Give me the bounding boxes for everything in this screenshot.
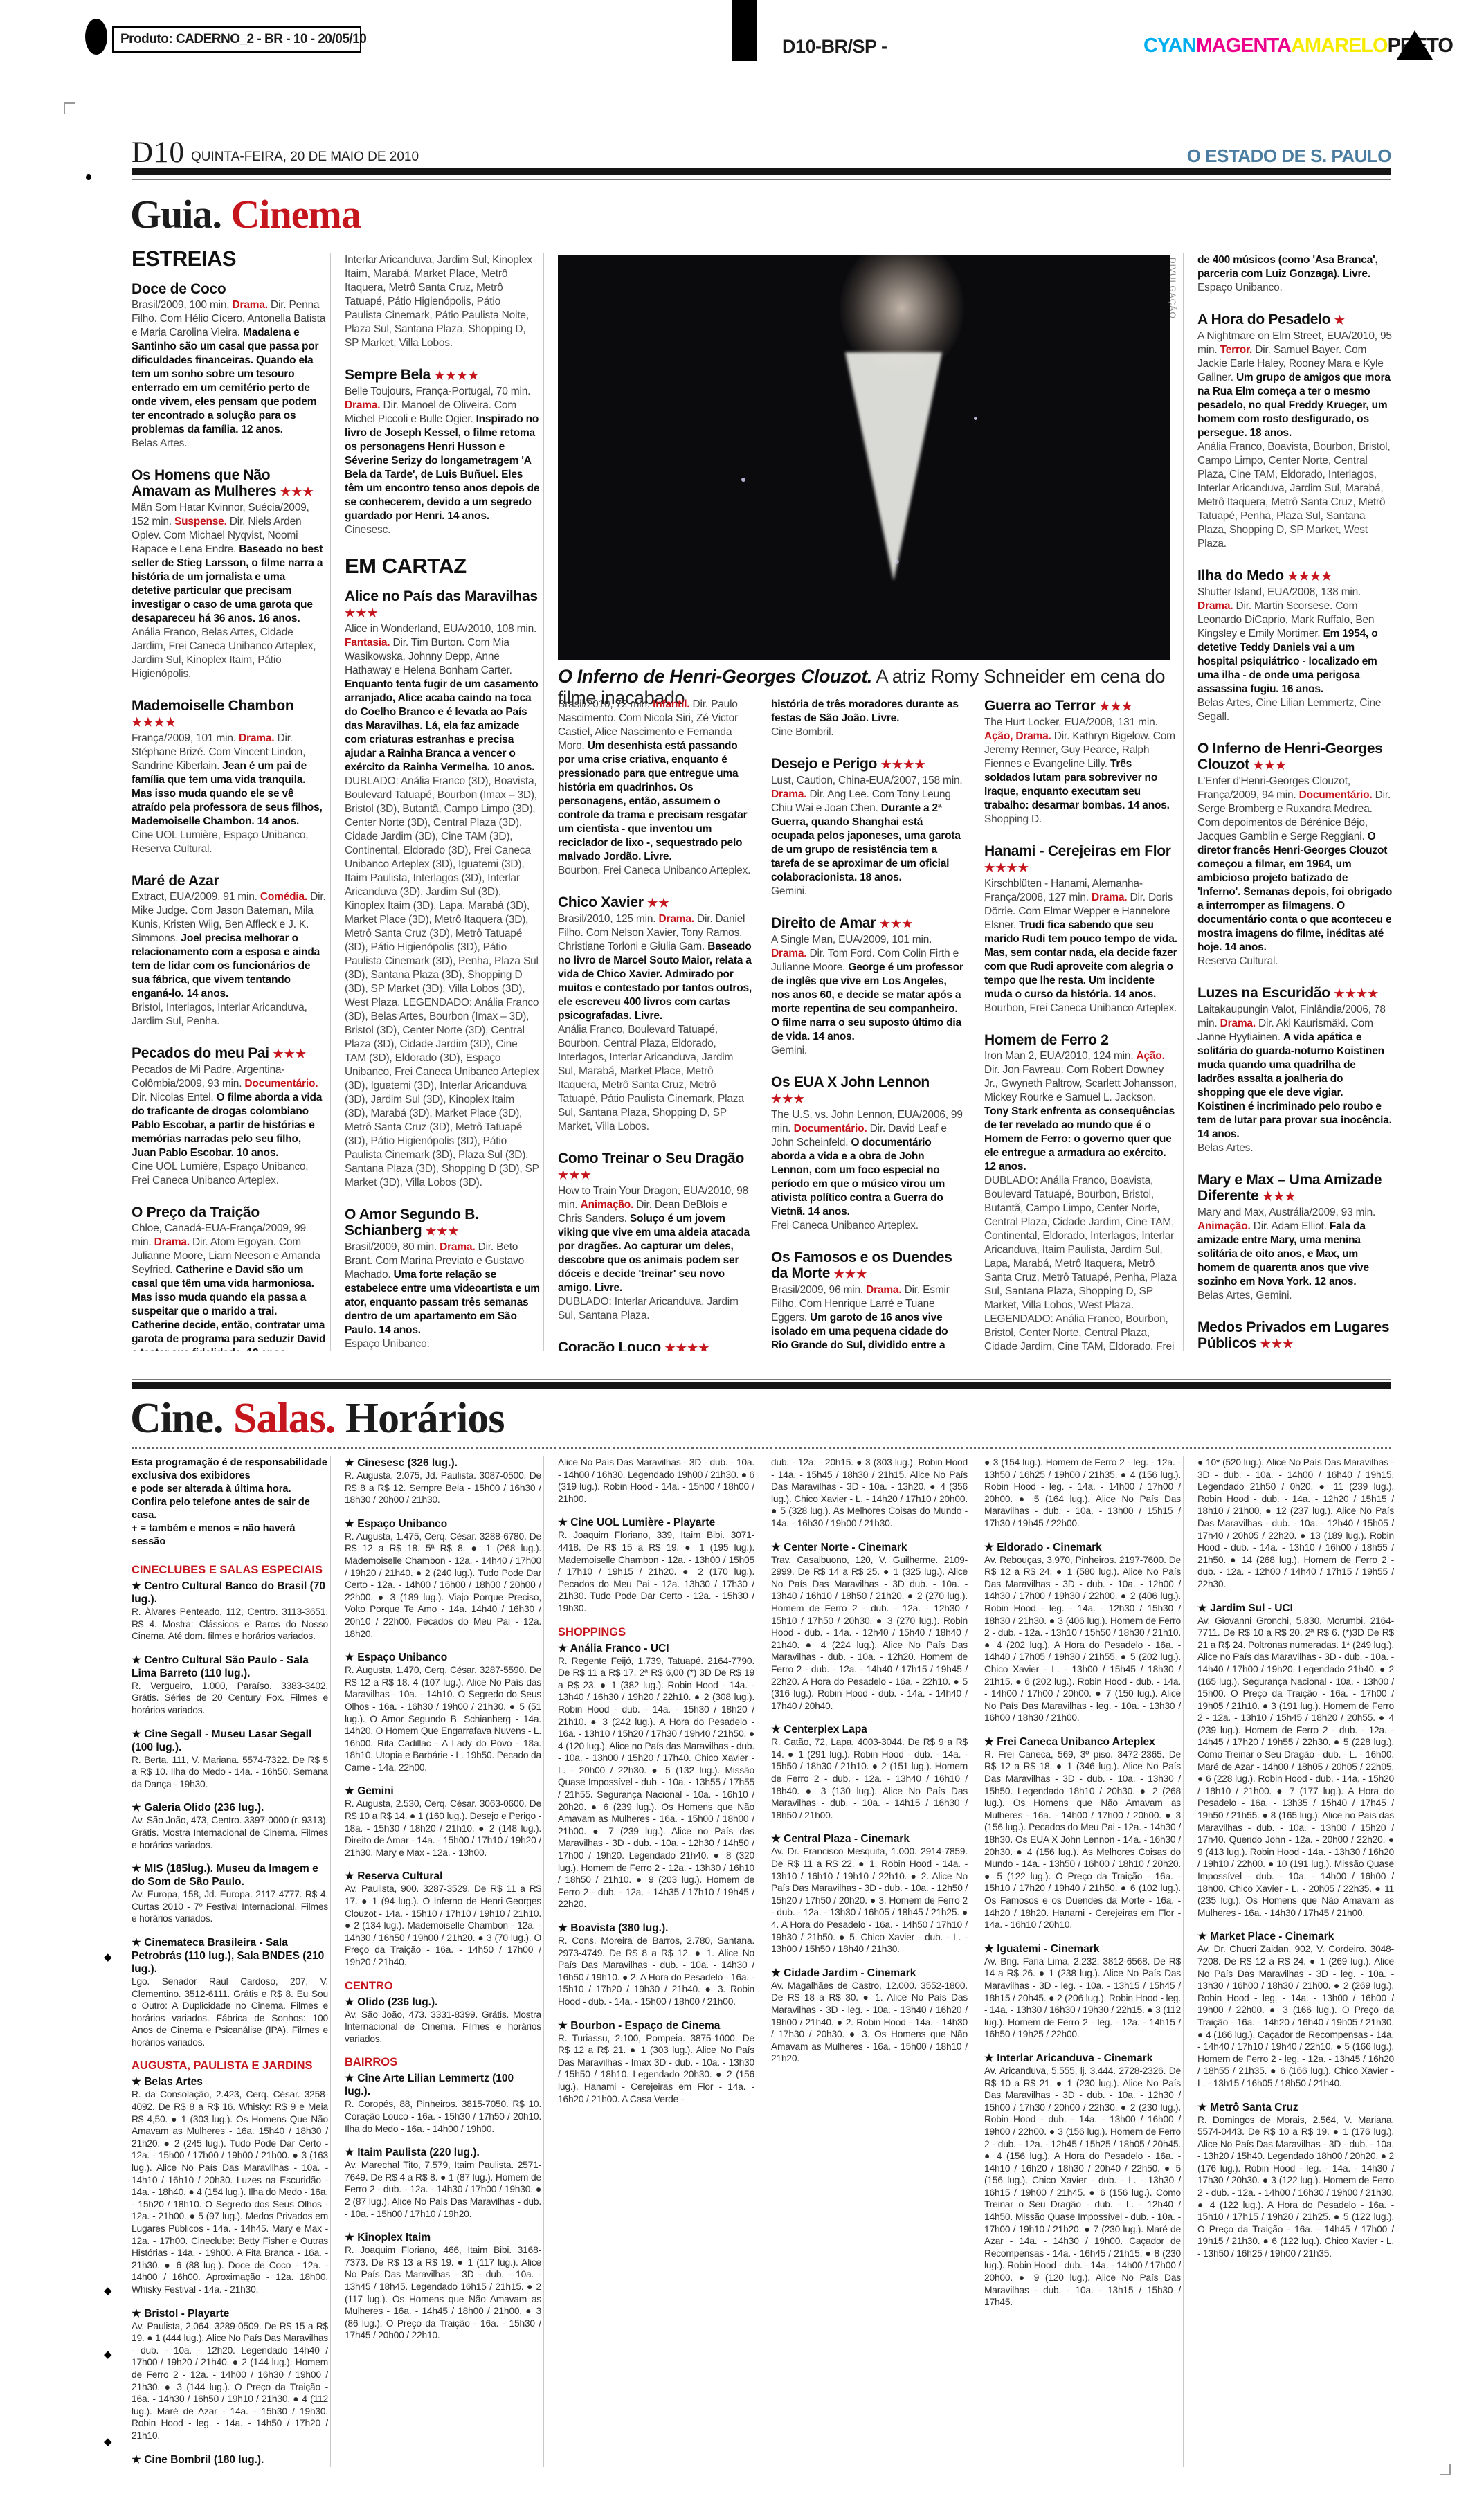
film-stars: ★★★ (280, 485, 314, 498)
cinema-entry: ★ Frei Caneca Unibanco ArteplexR. Frei C… (984, 1735, 1181, 1931)
cinema-sessions: R. Catão, 72, Lapa. 4003-3044. De R$ 9 a… (771, 1736, 968, 1821)
cinema-entry: ★ Cine Arte Lilian Lemmertz (100 lug.).R… (345, 2072, 541, 2135)
cinema-sessions: R. Berta, 111, V. Mariana. 5574-7322. De… (132, 1754, 328, 1791)
photo-caption-title: O Inferno de Henri-Georges Clouzot. (558, 666, 872, 687)
film-meta: França/2009, 101 min. (132, 732, 239, 744)
film-stars: ★ (1334, 314, 1346, 327)
film-text: The Hurt Locker, EUA/2008, 131 min. Ação… (984, 716, 1179, 813)
film-genre: Drama. (239, 732, 274, 744)
film-title: Homem de Ferro 2 (984, 1032, 1179, 1048)
cinema-entry: ★ Jardim Sul - UCIAv. Giovanni Gronchi, … (1197, 1602, 1394, 1920)
cinema-name: ★ Cinemateca Brasileira - Sala Petrobrás… (132, 1936, 328, 1976)
film-entry: Maré de AzarExtract, EUA/2009, 91 min. C… (132, 873, 327, 1029)
column-rule (330, 253, 331, 1351)
film-title: Os Famosos e os Duendes da Morte ★★★ (771, 1249, 966, 1282)
listings-column-3: Alice No País Das Maravilhas - 3D - dub.… (558, 1456, 754, 2467)
film-venues: Anália Franco, Boavista, Bourbon, Bristo… (1197, 440, 1393, 551)
film-venues: DUBLADO: Anália Franco, Boavista, Boulev… (984, 1174, 1179, 1351)
film-text: A Single Man, EUA/2009, 101 min. Drama. … (771, 933, 966, 1044)
cinema-sessions: Av. Paulista, 2.064. 3289-0509. De R$ 15… (132, 2320, 328, 2442)
cinema-entry: ★ Metrô Santa CruzR. Domingos de Morais,… (1197, 2101, 1394, 2260)
cinema-sessions: Av. Europa, 158, Jd. Europa. 2117-4777. … (132, 1888, 328, 1925)
edition-date: QUINTA-FEIRA, 20 DE MAIO DE 2010 (191, 150, 419, 165)
film-stars: ★★★ (1253, 759, 1287, 772)
film-entry: Brasil/2010, 72 min. Infantil. Dir. Paul… (558, 698, 753, 878)
cinema-name: ★ Centro Cultural São Paulo - Sala Lima … (132, 1654, 328, 1680)
film-stars: ★★★ (1263, 1190, 1296, 1203)
film-genre: Drama. (233, 299, 268, 311)
film-stars: ★★★ (426, 1225, 460, 1238)
cinema-sessions: R. Frei Caneca, 569, 3º piso. 3472-2365.… (984, 1749, 1181, 1931)
listings-title-3: Horários (345, 1395, 505, 1442)
cinema-entry: ★ Cine Bombril (180 lug.).Pça. Franklin … (132, 2453, 328, 2468)
film-description: George é um professor de inglês que vive… (771, 961, 963, 1042)
photo-sparkle (974, 417, 977, 420)
film-venues: DUBLADO: Interlar Aricanduva, Jardim Sul… (558, 1295, 753, 1323)
cinema-name: ★ Boavista (380 lug.). (558, 1922, 754, 1935)
film-genre: Comédia. (260, 891, 307, 903)
cinema-entry: ★ Center Norte - CinemarkTrav. Casalbuon… (771, 1541, 968, 1713)
film-genre: Drama. (659, 913, 694, 925)
cinema-name: ★ Iguatemi - Cinemark (984, 1942, 1181, 1956)
film-title: Hanami - Cerejeiras em Flor ★★★★ (984, 843, 1179, 876)
cinema-name: ★ Reserva Cultural (345, 1870, 541, 1883)
film-title: Chico Xavier ★★ (558, 894, 753, 911)
film-title: Ilha do Medo ★★★★ (1197, 568, 1393, 584)
newspaper-brand: O ESTADO DE S. PAULO (1187, 145, 1391, 167)
film-title: Os Homens que Não Amavam as Mulheres ★★★ (132, 467, 327, 500)
cinema-name: ★ Central Plaza - Cinemark (771, 1832, 968, 1845)
film-title: Direito de Amar ★★★ (771, 915, 966, 932)
masthead-rule-thick (132, 168, 1391, 175)
cinema-sessions: ● 3 (154 lug.). Homem de Ferro 2 - leg. … (984, 1456, 1181, 1530)
film-entry: Hanami - Cerejeiras em Flor ★★★★Kirschbl… (984, 843, 1179, 1015)
film-entry: Os EUA X John Lennon ★★★The U.S. vs. Joh… (771, 1074, 966, 1233)
film-entry: Ilha do Medo ★★★★Shutter Island, EUA/200… (1197, 568, 1393, 724)
cinema-name: ★ Cine UOL Lumière - Playarte (558, 1516, 754, 1529)
cinema-sessions: Lgo. Senador Raul Cardoso, 207, V. Cleme… (132, 1976, 328, 2049)
film-stars: ★★★ (273, 1047, 307, 1060)
cinema-entry: ★ Central Plaza - CinemarkAv. Dr. Franci… (771, 1832, 968, 1955)
film-meta: Brasil/2009, 96 min. (771, 1284, 866, 1296)
film-meta: Brasil/2009, 80 min. (345, 1241, 440, 1253)
film-stars: ★★★★ (1334, 987, 1379, 1000)
film-description: Tony Stark enfrenta as consequências de … (984, 1105, 1175, 1173)
film-venues: Frei Caneca Unibanco Arteplex. (771, 1219, 966, 1233)
film-venues: Reserva Cultural. (1197, 955, 1393, 968)
film-venues: Bristol, Interlagos, Interlar Aricanduva… (132, 1001, 327, 1029)
film-entry: Luzes na Escuridão ★★★★Laitakaupungin Va… (1197, 985, 1393, 1155)
cinema-entry: ● 10* (520 lug.). Alice No País Das Mara… (1197, 1456, 1394, 1591)
film-title: Alice no País das Maravilhas ★★★ (345, 588, 540, 621)
cinema-entry: dub. - 12a. - 20h15. ● 3 (303 lug.). Rob… (771, 1456, 968, 1530)
film-entry: Homem de Ferro 2Iron Man 2, EUA/2010, 12… (984, 1032, 1179, 1351)
cinema-entry: ★ Centro Cultural São Paulo - Sala Lima … (132, 1654, 328, 1717)
lower-rule-top (132, 1379, 1391, 1380)
cinema-sessions: R. Vergueiro, 1.000, Paraíso. 3383-3402.… (132, 1680, 328, 1717)
listings-title-2: Salas. (233, 1395, 335, 1442)
film-title: Mary e Max – Uma Amizade Diferente ★★★ (1197, 1172, 1393, 1204)
estreias-column-2: Interlar Aricanduva, Jardim Sul, Kinople… (345, 253, 540, 1351)
film-venues: Cine UOL Lumière, Espaço Unibanco, Frei … (132, 1160, 327, 1188)
cinema-name: ★ Centerplex Lapa (771, 1723, 968, 1736)
film-text: história de três moradores durante as fe… (771, 698, 966, 725)
film-entry: de 400 músicos (como 'Asa Branca', parce… (1197, 253, 1393, 295)
cinema-name: ★ Market Place - Cinemark (1197, 1930, 1394, 1943)
cinema-sessions: Av. Giovanni Gronchi, 5.830, Morumbi. 21… (1197, 1615, 1394, 1920)
cinema-sessions: R. Augusta, 2.075, Jd. Paulista. 3087-05… (345, 1470, 541, 1506)
cinema-sessions: R. Turiassu, 2.100, Pompeia. 3875-1000. … (558, 2032, 754, 2106)
film-text: Brasil/2009, 80 min. Drama. Dir. Beto Br… (345, 1240, 540, 1337)
column-header: EM CARTAZ (345, 554, 540, 579)
cinema-entry: ★ Bourbon - Espaço de CinemaR. Turiassu,… (558, 2019, 754, 2106)
cinema-name: ★ Eldorado - Cinemark (984, 1541, 1181, 1554)
cinema-sessions: Pça. Franklin Roosevelt, 172, Centro. 32… (132, 2466, 328, 2468)
cinema-entry: ★ Olido (236 lug.).Av. São João, 473. 33… (345, 1996, 541, 2046)
corner-crop-mark (1440, 2464, 1451, 2475)
film-description: O documentário aborda a vida e a obra de… (771, 1137, 945, 1218)
cinema-name: ★ Gemini (345, 1785, 541, 1798)
cinema-entry: Alice No País Das Maravilhas - 3D - dub.… (558, 1456, 754, 1505)
cinema-sessions: Av. Rebouças, 3.970, Pinheiros. 2197-760… (984, 1554, 1181, 1724)
film-stars: ★★★ (880, 917, 914, 930)
film-stars: ★★ (647, 896, 669, 910)
film-description: Um desenhista está passando por uma cris… (558, 740, 747, 863)
cinema-name: ★ Kinoplex Itaim (345, 2231, 541, 2244)
film-title: Coração Louco ★★★★ (558, 1339, 753, 1351)
film-meta: Lust, Caution, China-EUA/2007, 158 min. (771, 775, 963, 786)
film-description: Trudi fica sabendo que seu marido Rudi t… (984, 919, 1177, 1000)
cinema-name: ★ Jardim Sul - UCI (1197, 1602, 1394, 1615)
cinema-name: ★ Anália Franco - UCI (558, 1642, 754, 1655)
cmyk-label: AMARELO (1291, 35, 1388, 57)
film-title: Doce de Coco (132, 281, 327, 297)
film-venues: Shopping D. (984, 813, 1179, 827)
page-code: D10-BR/SP - (782, 36, 887, 57)
cinema-name: ★ Cidade Jardim - Cinemark (771, 1967, 968, 1980)
listings-section-header: BAIRROS (345, 2056, 541, 2069)
film-title: Pecados do meu Pai ★★★ (132, 1045, 327, 1062)
film-venues: Gemini. (771, 1044, 966, 1058)
film-stars: ★★★★ (665, 1342, 710, 1351)
cinema-entry: ★ MIS (185lug.). Museu da Imagem e do So… (132, 1862, 328, 1925)
film-credits: Dir. Jon Favreau. Com Robert Downey Jr.,… (984, 1064, 1177, 1103)
film-venues: Anália Franco, Boulevard Tatuapé, Bourbo… (558, 1023, 753, 1134)
film-genre: Infantil. (653, 698, 689, 710)
film-title: Luzes na Escuridão ★★★★ (1197, 985, 1393, 1002)
film-venues: Bourbon, Frei Caneca Unibanco Arteplex. (984, 1002, 1179, 1015)
cinema-sessions: Av. Dr. Francisco Mesquita, 1.000. 2914-… (771, 1845, 968, 1955)
film-entry: Como Treinar o Seu Dragão ★★★How to Trai… (558, 1150, 753, 1323)
cinema-name: ★ Metrô Santa Cruz (1197, 2101, 1394, 2114)
photo-shirt-highlight (845, 352, 942, 581)
cinema-name: ★ Espaço Unibanco (345, 1651, 541, 1664)
cinema-entry: ★ Centro Cultural Banco do Brasil (70 lu… (132, 1580, 328, 1643)
film-description: Catherine e David são um casal que têm u… (132, 1264, 325, 1351)
film-description: O diretor francês Henri-Georges Clouzot … (1197, 831, 1392, 953)
film-genre: Drama. (866, 1284, 901, 1296)
film-entry: Guerra ao Terror ★★★The Hurt Locker, EUA… (984, 698, 1179, 827)
cinema-entry: ★ Kinoplex ItaimR. Joaquim Floriano, 466… (345, 2231, 541, 2342)
film-entry: Desejo e Perigo ★★★★Lust, Caution, China… (771, 756, 966, 899)
film-text: Män Som Hatar Kvinnor, Suécia/2009, 152 … (132, 501, 327, 626)
emcartaz-column-4: história de três moradores durante as fe… (771, 698, 966, 1351)
cinema-entry: ★ Espaço UnibancoR. Augusta, 1.470, Cerq… (345, 1651, 541, 1773)
film-venues: Gemini. (771, 885, 966, 899)
listings-column-5: ● 3 (154 lug.). Homem de Ferro 2 - leg. … (984, 1456, 1181, 2467)
film-entry: Doce de CocoBrasil/2009, 100 min. Drama.… (132, 281, 327, 451)
cinema-name: ★ Olido (236 lug.). (345, 1996, 541, 2009)
film-venues: Belas Artes. (132, 437, 327, 451)
film-entry: Direito de Amar ★★★A Single Man, EUA/200… (771, 915, 966, 1058)
film-text: de 400 músicos (como 'Asa Branca', parce… (1197, 253, 1393, 281)
cinema-entry: ★ Cine Segall - Museu Lasar Segall (100 … (132, 1728, 328, 1791)
column-rule (543, 253, 544, 1351)
film-entry: Alice no País das Maravilhas ★★★Alice in… (345, 588, 540, 1190)
cinema-sessions: Av. Dr. Chucri Zaidan, 902, V. Cordeiro.… (1197, 1943, 1394, 2089)
lower-rule-thick (132, 1382, 1391, 1389)
film-entry: Os Homens que Não Amavam as Mulheres ★★★… (132, 467, 327, 681)
film-entry: Coração Louco ★★★★Crazy Heart, EUA/2009,… (558, 1339, 753, 1351)
film-description: Baseado no livro de Marcel Souto Maior, … (558, 941, 752, 1022)
film-title: Sempre Bela ★★★★ (345, 367, 540, 383)
film-text: Brasil/2010, 125 min. Drama. Dir. Daniel… (558, 912, 753, 1023)
film-title: Como Treinar o Seu Dragão ★★★ (558, 1150, 753, 1183)
column-rule (330, 1456, 331, 2467)
film-meta: Mary and Max, Austrália/2009, 93 min. (1197, 1207, 1375, 1218)
listings-column-4: dub. - 12a. - 20h15. ● 3 (303 lug.). Rob… (771, 1456, 968, 2467)
emcartaz-column-5: Guerra ao Terror ★★★The Hurt Locker, EUA… (984, 698, 1179, 1351)
section-title-black: Guia. (130, 192, 221, 237)
cinema-sessions: R. Domingos de Morais, 2.564, V. Mariana… (1197, 2114, 1394, 2260)
film-stars: ★★★ (834, 1267, 868, 1281)
newspaper-page: Produto: CADERNO_2 - BR - 10 - 20/05/10 … (0, 0, 1484, 2510)
cinema-sessions: Av. Aricanduva, 5.555, lj. 3.444. 2728-2… (984, 2065, 1181, 2309)
film-genre: Drama. (1092, 892, 1127, 903)
cinema-entry: ★ Galeria Olido (236 lug.).Av. São João,… (132, 1801, 328, 1851)
column-rule (970, 698, 970, 1351)
cinema-name: ★ Bristol - Playarte (132, 2307, 328, 2320)
column-rule (757, 1456, 757, 2467)
cinema-entry: ★ Bristol - PlayarteAv. Paulista, 2.064.… (132, 2307, 328, 2442)
cinema-name: ★ Belas Artes (132, 2075, 328, 2088)
film-entry: Mary e Max – Uma Amizade Diferente ★★★Ma… (1197, 1172, 1393, 1303)
film-entry: O Preço da TraiçãoChloe, Canadá-EUA-Fran… (132, 1204, 327, 1351)
film-description: Madalena e Santinho são um casal que pas… (132, 327, 318, 435)
film-venues: Anália Franco, Belas Artes, Cidade Jardi… (132, 626, 327, 681)
film-genre: Documentário. (244, 1078, 318, 1090)
film-genre: Drama. (1220, 1018, 1256, 1029)
film-venues: Espaço Unibanco. (345, 1337, 540, 1351)
film-description: Baseado no best seller de Stieg Larsson,… (132, 543, 323, 624)
film-meta: Iron Man 2, EUA/2010, 124 min. (984, 1050, 1137, 1062)
film-stars: ★★★★ (984, 861, 1029, 874)
film-genre: Documentário. (1299, 789, 1373, 801)
film-stars: ★★★★ (881, 758, 926, 771)
film-meta: Shutter Island, EUA/2008, 138 min. (1197, 586, 1361, 598)
film-genre: Drama. (771, 788, 806, 800)
lower-rule-bottom (132, 1393, 1391, 1393)
film-meta: Alice in Wonderland, EUA/2010, 108 min. (345, 623, 536, 635)
cinema-entry: ★ Itaim Paulista (220 lug.).Av. Marechal… (345, 2146, 541, 2220)
registration-bar (732, 0, 757, 61)
film-venues: Cine UOL Lumière, Espaço Unibanco, Reser… (132, 829, 327, 856)
listings-column-6: ● 10* (520 lug.). Alice No País Das Mara… (1197, 1456, 1394, 2467)
film-entry: Medos Privados em Lugares Públicos ★★★Co… (1197, 1319, 1393, 1351)
dotted-rule (132, 1447, 1391, 1449)
listings-column-1: Esta programação é de responsabilidade e… (132, 1456, 328, 2467)
listings-section-header: AUGUSTA, PAULISTA E JARDINS (132, 2059, 328, 2073)
film-title: O Amor Segundo B. Schianberg ★★★ (345, 1207, 540, 1239)
film-text: Kirschblüten - Hanami, Alemanha-França/2… (984, 877, 1179, 1002)
film-venues: Belas Artes, Gemini. (1197, 1289, 1393, 1303)
film-text: How to Train Your Dragon, EUA/2010, 98 m… (558, 1184, 753, 1295)
film-text: Mary and Max, Austrália/2009, 93 min. An… (1197, 1206, 1393, 1289)
cinema-entry: ★ Boavista (380 lug.).R. Cons. Moreira d… (558, 1922, 754, 2008)
film-text: Lust, Caution, China-EUA/2007, 158 min. … (771, 774, 966, 885)
masthead-rule-bottom (132, 179, 1391, 180)
film-text: Alice in Wonderland, EUA/2010, 108 min. … (345, 622, 540, 775)
film-credits: Dir. Adam Elliot. (1251, 1220, 1330, 1232)
product-box: Produto: CADERNO_2 - BR - 10 - 20/05/10 (112, 26, 361, 53)
cinema-sessions: Av. São João, 473. 3331-8399. Grátis. Mo… (345, 2009, 541, 2046)
listings-column-2: ★ Cinesesc (326 lug.).R. Augusta, 2.075,… (345, 1456, 541, 2467)
film-credits: Dir. Nicolas Entel. (132, 1092, 217, 1103)
film-meta: Brasil/2010, 72 min. (558, 698, 653, 710)
listings-section-header: CENTRO (345, 1980, 541, 1993)
film-entry: Mademoiselle Chambon ★★★★França/2009, 10… (132, 698, 327, 856)
film-entry: Chico Xavier ★★Brasil/2010, 125 min. Dra… (558, 894, 753, 1134)
section-title: Guia. Cinema (130, 191, 361, 237)
film-text: The U.S. vs. John Lennon, EUA/2006, 99 m… (771, 1108, 966, 1219)
cinema-name: ★ Espaço Unibanco (345, 1517, 541, 1531)
cinema-sessions: R. Regente Feijó, 1.739, Tatuapé. 2164-7… (558, 1655, 754, 1911)
film-text: Chloe, Canadá-EUA-França/2009, 99 min. D… (132, 1222, 327, 1351)
film-venues: Interlar Aricanduva, Jardim Sul, Kinople… (345, 253, 540, 350)
film-stars: ★★★ (1099, 700, 1133, 713)
cinema-entry: ★ Market Place - CinemarkAv. Dr. Chucri … (1197, 1930, 1394, 2089)
film-description: A vida apática e solitária do guarda-not… (1197, 1031, 1392, 1140)
column-rule (543, 1456, 544, 2467)
listings-title: Cine. Salas. Horários (130, 1394, 504, 1443)
cinema-sessions: R. da Consolação, 2.423, Cerq. César. 32… (132, 2088, 328, 2295)
emcartaz-column-6: de 400 músicos (como 'Asa Branca', parce… (1197, 253, 1393, 1351)
cinema-entry: ● 3 (154 lug.). Homem de Ferro 2 - leg. … (984, 1456, 1181, 1530)
cinema-name: ★ Cinesesc (326 lug.). (345, 1456, 541, 1470)
cinema-name: ★ Bourbon - Espaço de Cinema (558, 2019, 754, 2032)
cinema-entry: ★ Cine UOL Lumière - PlayarteR. Joaquim … (558, 1516, 754, 1614)
film-stars: ★★★★ (132, 716, 177, 729)
film-text: A Nightmare on Elm Street, EUA/2010, 95 … (1197, 329, 1393, 440)
film-description: Durante a 2ª Guerra, quando Shanghai est… (771, 802, 961, 883)
film-venues: Cinesesc. (345, 523, 540, 537)
film-stars: ★★★ (345, 606, 379, 620)
cinema-sessions: R. Augusta, 1.475, Cerq. César. 3288-678… (345, 1531, 541, 1640)
film-title: Guerra ao Terror ★★★ (984, 698, 1179, 714)
listings-section-header: SHOPPINGS (558, 1626, 754, 1639)
film-meta: A Single Man, EUA/2009, 101 min. (771, 934, 932, 946)
registration-circle (85, 19, 107, 55)
film-venues: Bourbon, Frei Caneca Unibanco Arteplex. (558, 864, 753, 878)
film-text: Pecados de Mi Padre, Argentina-Colômbia/… (132, 1063, 327, 1160)
film-title: Desejo e Perigo ★★★★ (771, 756, 966, 773)
film-genre: Terror. (1220, 344, 1253, 356)
film-description: de 400 músicos (como 'Asa Branca', parce… (1197, 254, 1378, 280)
column-rule (970, 1456, 970, 2467)
film-text: Belle Toujours, França-Portugal, 70 min.… (345, 385, 540, 523)
film-stars: ★★★★ (434, 369, 479, 382)
film-title: O Preço da Traição (132, 1204, 327, 1220)
cinema-entry: ★ Belas ArtesR. da Consolação, 2.423, Ce… (132, 2075, 328, 2295)
film-genre: Animação. (1197, 1220, 1251, 1232)
cinema-name: ★ MIS (185lug.). Museu da Imagem e do So… (132, 1862, 328, 1888)
cinema-name: ★ Cine Bombril (180 lug.). (132, 2453, 328, 2466)
cinema-name: ★ Centro Cultural Banco do Brasil (70 lu… (132, 1580, 328, 1606)
corner-crop-mark (64, 102, 75, 114)
film-genre: Ação. (1137, 1050, 1165, 1062)
masthead-rule-top (132, 165, 1391, 165)
film-venues: Espaço Unibanco. (1197, 281, 1393, 295)
listings-title-1: Cine. (130, 1395, 224, 1442)
cmyk-label: MAGENTA (1196, 35, 1291, 57)
cinema-name: ★ Cine Arte Lilian Lemmertz (100 lug.). (345, 2072, 541, 2098)
film-genre: Documentário. (794, 1123, 867, 1135)
product-label: Produto: CADERNO_2 - BR - 10 - 20/05/10 (120, 32, 366, 47)
cinema-sessions: R. Joaquim Floriano, 466, Itaim Bibi. 31… (345, 2244, 541, 2342)
film-description: história de três moradores durante as fe… (771, 698, 959, 724)
film-entry: O Inferno de Henri-Georges Clouzot ★★★L'… (1197, 741, 1393, 968)
margin-dot (86, 174, 91, 180)
cinema-entry: ★ Eldorado - CinemarkAv. Rebouças, 3.970… (984, 1541, 1181, 1724)
cinema-entry: ★ Centerplex LapaR. Catão, 72, Lapa. 400… (771, 1723, 968, 1821)
film-meta: Extract, EUA/2009, 91 min. (132, 891, 260, 903)
registration-triangle-icon (1397, 30, 1433, 60)
film-entry: Interlar Aricanduva, Jardim Sul, Kinople… (345, 253, 540, 350)
film-meta: Belle Toujours, França-Portugal, 70 min. (345, 386, 530, 397)
cinema-name: ★ Center Norte - Cinemark (771, 1541, 968, 1554)
cinema-sessions: Alice No País Das Maravilhas - 3D - dub.… (558, 1456, 754, 1505)
estreias-column-1: ESTREIASDoce de CocoBrasil/2009, 100 min… (132, 246, 327, 1351)
film-title: A Hora do Pesadelo ★ (1197, 312, 1393, 328)
film-genre: Suspense. (174, 516, 227, 527)
masthead-divider (179, 137, 179, 168)
cinema-sessions: Trav. Casalbuono, 120, V. Guilherme. 210… (771, 1554, 968, 1713)
section-title-red: Cinema (231, 192, 361, 237)
cinema-entry: ★ Cinemateca Brasileira - Sala Petrobrás… (132, 1936, 328, 2049)
film-stars: ★★★ (771, 1092, 805, 1105)
film-entry: Pecados do meu Pai ★★★Pecados de Mi Padr… (132, 1045, 327, 1188)
film-text: França/2009, 101 min. Drama. Dir. Stépha… (132, 732, 327, 829)
cinema-sessions: R. Cons. Moreira de Barros, 2.780, Santa… (558, 1935, 754, 2008)
column-header: ESTREIAS (132, 246, 327, 271)
margin-diamond-icon: ◆ (104, 2348, 112, 2360)
cinema-name: ★ Itaim Paulista (220 lug.). (345, 2146, 541, 2159)
margin-diamond-icon: ◆ (104, 1951, 112, 1963)
film-genre: Animação. (581, 1199, 634, 1211)
column-rule (757, 698, 757, 1351)
film-venues: DUBLADO: Anália Franco (3D), Boavista, B… (345, 775, 540, 1190)
film-venues: Belas Artes. (1197, 1141, 1393, 1155)
film-entry: Os Famosos e os Duendes da Morte ★★★Bras… (771, 1249, 966, 1351)
film-genre: Ação, Drama. (984, 730, 1051, 742)
film-venues: Belas Artes, Cine Lilian Lemmertz, Cine … (1197, 696, 1393, 724)
cinema-sessions: Av. Marechal Tito, 7.579, Itaim Paulista… (345, 2159, 541, 2220)
film-text: Brasil/2010, 72 min. Infantil. Dir. Paul… (558, 698, 753, 864)
photo-sparkle (894, 559, 899, 564)
cinema-name: ★ Galeria Olido (236 lug.). (132, 1801, 328, 1814)
cinema-sessions: Av. Paulista, 900. 3287-3529. De R$ 11 a… (345, 1883, 541, 1968)
cmyk-label: CYAN (1143, 35, 1196, 57)
